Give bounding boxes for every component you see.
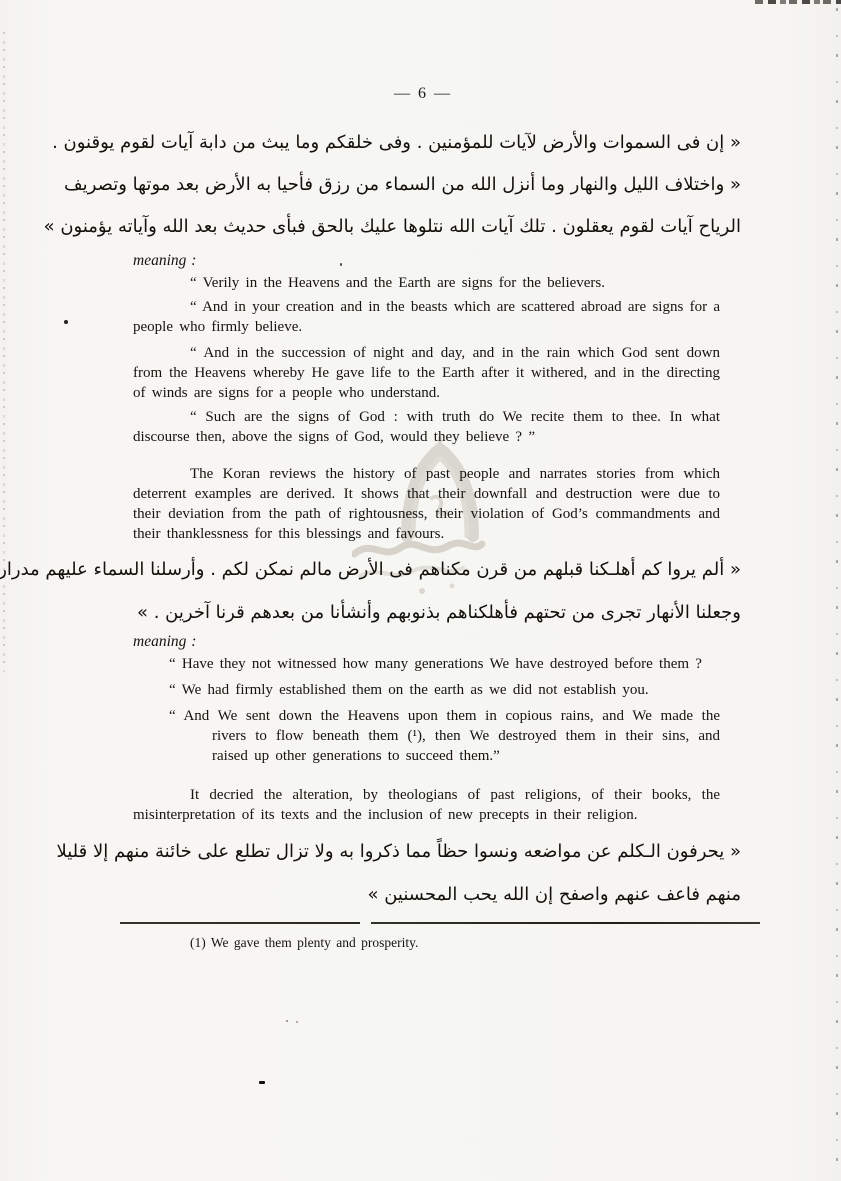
arabic-quote-line: « واختلاف الليل والنهار وما أنزل الله من…	[105, 164, 741, 206]
arabic-quote-2: « ألم يروا كم أهلـكنا قبلهم من قرن مكناه…	[105, 548, 741, 634]
commentary-paragraph: It decried the alteration, by theologian…	[133, 785, 720, 825]
arabic-quote-line: الرياح آيات لقوم يعقلون . تلك آيات الله …	[105, 206, 741, 248]
translation-paragraph: “ Such are the signs of God : with truth…	[133, 407, 720, 447]
page-number: — 6 —	[105, 85, 741, 105]
scanned-book-page: — 6 — « إن فى السموات والأرض لآيات للمؤم…	[0, 0, 841, 1181]
scan-artifact-top-edge	[755, 0, 841, 4]
ink-speck	[259, 1081, 265, 1084]
translation-quote: “ And We sent down the Heavens upon them…	[169, 706, 720, 766]
translation-paragraph: “ And in your creation and in the beasts…	[133, 297, 720, 337]
arabic-quote-line: منهم فاعف عنهم واصفح إن الله يحب المحسني…	[105, 873, 741, 916]
arabic-quote-3: « يحرفون الـكلم عن مواضعه ونسوا حظاً مما…	[105, 830, 741, 916]
meaning-label: meaning :	[133, 251, 741, 271]
meaning-label: meaning :	[133, 632, 741, 652]
arabic-quote-line: « إن فى السموات والأرض لآيات للمؤمنين . …	[105, 122, 741, 164]
arabic-quote-1: « إن فى السموات والأرض لآيات للمؤمنين . …	[105, 122, 741, 248]
footnote-separator	[120, 922, 760, 924]
footnote: (1) We gave them plenty and prosperity.	[190, 933, 741, 952]
arabic-quote-line: « ألم يروا كم أهلـكنا قبلهم من قرن مكناه…	[105, 548, 741, 591]
translation-quote: “ We had firmly established them on the …	[169, 680, 720, 700]
commentary-paragraph: The Koran reviews the history of past pe…	[133, 464, 720, 544]
arabic-quote-line: « يحرفون الـكلم عن مواضعه ونسوا حظاً مما…	[105, 830, 741, 873]
ink-speck	[286, 1020, 288, 1022]
translation-paragraph: “ Verily in the Heavens and the Earth ar…	[133, 273, 720, 293]
ink-speck	[296, 1021, 298, 1023]
arabic-quote-line: وجعلنا الأنهار تجرى من تحتهم فأهلكناهم ب…	[105, 591, 741, 634]
translation-quote: “ Have they not witnessed how many gener…	[169, 654, 720, 674]
page-content: — 6 — « إن فى السموات والأرض لآيات للمؤم…	[105, 0, 741, 952]
translation-paragraph: “ And in the succession of night and day…	[133, 343, 720, 403]
ink-dot	[64, 320, 68, 324]
scan-artifact-right-edge	[836, 8, 838, 1167]
